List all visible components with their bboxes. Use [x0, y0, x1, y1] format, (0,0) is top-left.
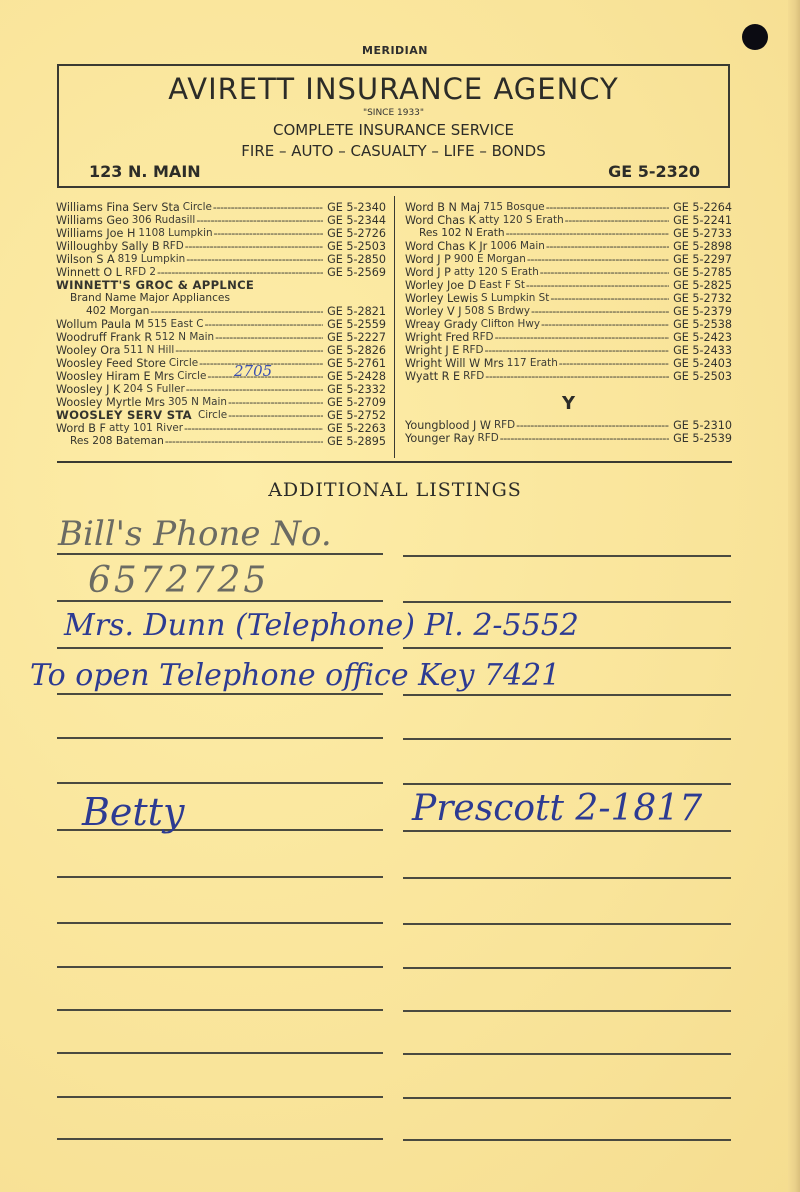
write-line — [403, 694, 731, 696]
listing-name: Worley Lewis — [405, 292, 478, 305]
listing-row: Wilson S A819 LumpkinGE 5-2850 — [56, 253, 386, 266]
listing-phone: GE 5-2850 — [324, 253, 386, 266]
listing-address: Clifton Hwy — [481, 318, 540, 331]
listing-name: Willoughby Sally B — [56, 240, 160, 253]
handwritten-betty: Betty — [82, 790, 184, 834]
listing-name: Wright J E — [405, 344, 459, 357]
listing-address: 508 S Brdwy — [465, 305, 531, 318]
listing-name: Woosley Hiram E Mrs — [56, 370, 174, 383]
leader-dashes — [559, 357, 669, 370]
listing-row: Wright J ERFDGE 5-2433 — [405, 344, 732, 357]
handwritten-margin-note: 2705 — [234, 365, 272, 378]
handwritten-bills-phone-number: 6572725 — [88, 560, 269, 601]
listing-name: Res 102 N Erath — [419, 227, 505, 240]
listings-left-column: Williams Fina Serv StaCircleGE 5-2340 Wi… — [56, 201, 386, 448]
listing-row: Woosley J K204 S FullerGE 5-2332 — [56, 383, 386, 396]
listing-name: Wreay Grady — [405, 318, 478, 331]
listing-phone: GE 5-2733 — [670, 227, 732, 240]
handwritten-bills-phone-label: Bill's Phone No. — [58, 514, 332, 554]
listing-address: 402 Morgan — [86, 305, 149, 318]
listing-row: Wreay GradyClifton HwyGE 5-2538 — [405, 318, 732, 331]
write-line — [403, 647, 731, 649]
leader-dashes — [516, 419, 669, 432]
section-letter-y: Y — [405, 391, 732, 417]
listing-phone: GE 5-2825 — [670, 279, 732, 292]
listing-phone: GE 5-2732 — [670, 292, 732, 305]
listing-name: Wyatt R E — [405, 370, 460, 383]
leader-dashes — [540, 266, 669, 279]
listing-row: Word Chas Katty 120 S ErathGE 5-2241 — [405, 214, 732, 227]
write-line — [57, 1138, 383, 1140]
listing-phone: GE 5-2379 — [670, 305, 732, 318]
listing-phone: GE 5-2539 — [670, 432, 732, 445]
write-line — [403, 1053, 731, 1055]
listing-name: Wright Fred — [405, 331, 469, 344]
listing-address: RFD — [472, 331, 493, 344]
listing-phone: GE 5-2241 — [670, 214, 732, 227]
leader-dashes — [228, 409, 323, 422]
leader-dashes — [215, 331, 323, 344]
listing-phone: GE 5-2752 — [324, 409, 386, 422]
ad-lines-of-insurance: FIRE – AUTO – CASUALTY – LIFE – BONDS — [59, 142, 728, 160]
leader-dashes — [550, 292, 669, 305]
write-line — [403, 877, 731, 879]
listing-phone: GE 5-2761 — [324, 357, 386, 370]
listing-name: WINNETT'S GROC & APPLNCE — [56, 279, 254, 292]
listing-address: RFD — [462, 344, 483, 357]
listing-phone: GE 5-2569 — [324, 266, 386, 279]
listing-row: Worley V J508 S BrdwyGE 5-2379 — [405, 305, 732, 318]
listing-row: Word Chas K Jr1006 MainGE 5-2898 — [405, 240, 732, 253]
listing-phone: GE 5-2297 — [670, 253, 732, 266]
listing-row: Williams Geo306 RudasillGE 5-2344 — [56, 214, 386, 227]
listing-address: atty 101 River — [109, 422, 183, 435]
write-line — [57, 1052, 383, 1054]
ad-service: COMPLETE INSURANCE SERVICE — [59, 121, 728, 139]
listing-phone: GE 5-2264 — [670, 201, 732, 214]
write-line — [403, 1139, 731, 1141]
listing-address: RFD — [463, 370, 484, 383]
leader-dashes — [186, 253, 323, 266]
leader-dashes — [506, 227, 669, 240]
section-divider-rule — [57, 461, 732, 463]
listing-phone: GE 5-2895 — [324, 435, 386, 448]
listing-address: 204 S Fuller — [123, 383, 184, 396]
leader-dashes — [500, 432, 669, 445]
leader-dashes — [196, 214, 323, 227]
listing-row: Woodruff Frank R512 N MainGE 5-2227 — [56, 331, 386, 344]
write-line — [57, 782, 383, 784]
listing-row: Word B Fatty 101 RiverGE 5-2263 — [56, 422, 386, 435]
write-line — [403, 830, 731, 832]
listing-name: Word B F — [56, 422, 106, 435]
listing-name: Williams Geo — [56, 214, 129, 227]
write-line — [57, 922, 383, 924]
ad-address: 123 N. MAIN — [89, 162, 201, 181]
listing-row: Willoughby Sally BRFDGE 5-2503 — [56, 240, 386, 253]
listing-name: Williams Joe H — [56, 227, 135, 240]
write-line — [403, 738, 731, 740]
listing-row: 402 MorganGE 5-2821 — [56, 305, 386, 318]
listing-name: Word B N Maj — [405, 201, 480, 214]
listing-name: Woosley Feed Store — [56, 357, 166, 370]
listing-name: Wooley Ora — [56, 344, 121, 357]
listing-phone: GE 5-2726 — [324, 227, 386, 240]
listing-name: Word J P — [405, 266, 451, 279]
leader-dashes — [495, 331, 669, 344]
write-line — [403, 967, 731, 969]
leader-dashes — [228, 396, 323, 409]
listing-row-residence: Res 102 N ErathGE 5-2733 — [405, 227, 732, 240]
listing-phone: GE 5-2433 — [670, 344, 732, 357]
listing-address: Circle — [169, 357, 198, 370]
leader-dashes — [214, 227, 323, 240]
listing-row: Youngblood J WRFDGE 5-2310 — [405, 419, 732, 432]
listing-address: Circle — [198, 409, 227, 422]
listing-address: atty 120 S Erath — [479, 214, 564, 227]
listing-address: East F St — [479, 279, 525, 292]
listing-phone: GE 5-2503 — [670, 370, 732, 383]
listing-row-residence: Res 208 BatemanGE 5-2895 — [56, 435, 386, 448]
listing-row: Worley Joe DEast F StGE 5-2825 — [405, 279, 732, 292]
write-line — [57, 693, 383, 695]
listing-address: Circle — [183, 201, 212, 214]
write-line — [403, 1097, 731, 1099]
listing-row: Wright FredRFDGE 5-2423 — [405, 331, 732, 344]
listing-row: Wollum Paula M515 East CGE 5-2559 — [56, 318, 386, 331]
listing-address: 900 E Morgan — [454, 253, 526, 266]
listing-phone: GE 5-2332 — [324, 383, 386, 396]
listing-row: Younger RayRFDGE 5-2539 — [405, 432, 732, 445]
city-header: MERIDIAN — [0, 44, 790, 57]
ad-since: "SINCE 1933" — [59, 108, 728, 118]
listing-name: Woosley J K — [56, 383, 120, 396]
listing-row: Woosley Hiram E MrsCircleGE 5-24282705 — [56, 370, 386, 383]
listing-address: atty 120 S Erath — [454, 266, 539, 279]
listing-phone: GE 5-2428 — [324, 370, 386, 383]
write-line — [403, 1010, 731, 1012]
listing-address: Circle — [177, 370, 206, 383]
listing-phone: GE 5-2403 — [670, 357, 732, 370]
leader-dashes — [165, 435, 323, 448]
leader-dashes — [541, 318, 669, 331]
insurance-ad: AVIRETT INSURANCE AGENCY "SINCE 1933" CO… — [57, 64, 730, 188]
listing-address: RFD — [478, 432, 499, 445]
listing-row: Worley LewisS Lumpkin StGE 5-2732 — [405, 292, 732, 305]
listing-phone: GE 5-2709 — [324, 396, 386, 409]
write-line — [57, 1096, 383, 1098]
listing-name: Williams Fina Serv Sta — [56, 201, 180, 214]
listing-row: Woosley Feed StoreCircleGE 5-2761 — [56, 357, 386, 370]
listing-name: Word Chas K Jr — [405, 240, 487, 253]
listing-row: Word J Patty 120 S ErathGE 5-2785 — [405, 266, 732, 279]
leader-dashes — [175, 344, 323, 357]
listing-phone: GE 5-2344 — [324, 214, 386, 227]
write-line — [57, 737, 383, 739]
listing-address: 819 Lumpkin — [118, 253, 186, 266]
ad-phone: GE 5-2320 — [608, 162, 700, 181]
column-divider — [394, 196, 395, 458]
leader-dashes — [546, 240, 669, 253]
leader-dashes — [531, 305, 669, 318]
leader-dashes — [526, 279, 669, 292]
listing-address: RFD — [163, 240, 184, 253]
listing-tagline: Brand Name Major Appliances — [70, 292, 230, 305]
listing-phone: GE 5-2227 — [324, 331, 386, 344]
listing-name: Wright Will W Mrs — [405, 357, 504, 370]
leader-dashes — [185, 240, 323, 253]
write-line — [57, 1009, 383, 1011]
listing-phone: GE 5-2898 — [670, 240, 732, 253]
listing-address: 117 Erath — [507, 357, 558, 370]
leader-dashes — [150, 305, 323, 318]
write-line — [57, 966, 383, 968]
listing-phone: GE 5-2423 — [670, 331, 732, 344]
listing-phone: GE 5-2821 — [324, 305, 386, 318]
listing-phone: GE 5-2559 — [324, 318, 386, 331]
listing-row-business: WOOSLEY SERV STACircleGE 5-2752 — [56, 409, 386, 422]
listing-address: S Lumpkin St — [481, 292, 549, 305]
leader-dashes — [527, 253, 669, 266]
leader-dashes — [485, 370, 669, 383]
additional-listings-title: ADDITIONAL LISTINGS — [0, 479, 790, 501]
leader-dashes — [205, 318, 324, 331]
handwritten-betty-phone: Prescott 2-1817 — [412, 788, 702, 829]
write-line — [57, 876, 383, 878]
listing-address: 515 East C — [147, 318, 203, 331]
listing-address: 1108 Lumpkin — [138, 227, 212, 240]
listings-right-column: Word B N Maj715 BosqueGE 5-2264 Word Cha… — [405, 201, 732, 445]
leader-dashes — [213, 201, 323, 214]
listing-name: Younger Ray — [405, 432, 475, 445]
leader-dashes — [546, 201, 669, 214]
write-line — [403, 923, 731, 925]
leader-dashes — [485, 344, 669, 357]
listing-phone: GE 5-2503 — [324, 240, 386, 253]
write-line — [403, 555, 731, 557]
listing-name: Wollum Paula M — [56, 318, 144, 331]
listing-name: WOOSLEY SERV STA — [56, 409, 192, 422]
listing-name: Word Chas K — [405, 214, 476, 227]
listing-row-tagline: Brand Name Major Appliances — [56, 292, 386, 305]
listing-phone: GE 5-2785 — [670, 266, 732, 279]
write-line — [403, 601, 731, 603]
listing-phone: GE 5-2538 — [670, 318, 732, 331]
leader-dashes — [565, 214, 669, 227]
listing-phone: GE 5-2826 — [324, 344, 386, 357]
listing-row: Wooley Ora511 N HillGE 5-2826 — [56, 344, 386, 357]
listing-name: Woodruff Frank R — [56, 331, 152, 344]
leader-dashes — [184, 422, 323, 435]
ad-title: AVIRETT INSURANCE AGENCY — [59, 72, 728, 106]
listing-phone: GE 5-2340 — [324, 201, 386, 214]
listing-name: Worley Joe D — [405, 279, 476, 292]
listing-row: Wright Will W Mrs117 ErathGE 5-2403 — [405, 357, 732, 370]
listing-name: Youngblood J W — [405, 419, 491, 432]
listing-row: Williams Fina Serv StaCircleGE 5-2340 — [56, 201, 386, 214]
listing-address: RFD — [494, 419, 515, 432]
handwritten-mrs-dunn-telephone: Mrs. Dunn (Telephone) Pl. 2-5552 — [64, 608, 579, 643]
listing-name: Word J P — [405, 253, 451, 266]
listing-name: Wilson S A — [56, 253, 115, 266]
write-line — [57, 647, 383, 649]
write-line — [403, 783, 731, 785]
listing-address: 306 Rudasill — [132, 214, 196, 227]
listing-row: Wyatt R ERFDGE 5-2503 — [405, 370, 732, 383]
listing-row: Word B N Maj715 BosqueGE 5-2264 — [405, 201, 732, 214]
listing-address: 715 Bosque — [483, 201, 545, 214]
listing-phone: GE 5-2263 — [324, 422, 386, 435]
listing-phone: GE 5-2310 — [670, 419, 732, 432]
listing-name: Res 208 Bateman — [70, 435, 164, 448]
listing-row: Word J P900 E MorganGE 5-2297 — [405, 253, 732, 266]
listing-address: 511 N Hill — [124, 344, 175, 357]
listing-row: Williams Joe H1108 LumpkinGE 5-2726 — [56, 227, 386, 240]
listing-row-business: WINNETT'S GROC & APPLNCE — [56, 279, 386, 292]
listing-address: 1006 Main — [490, 240, 545, 253]
page-edge — [788, 0, 800, 1192]
handwritten-office-key: To open Telephone office Key 7421 — [30, 658, 560, 693]
listing-name: Worley V J — [405, 305, 462, 318]
listing-address: 512 N Main — [155, 331, 214, 344]
leader-dashes — [186, 383, 323, 396]
